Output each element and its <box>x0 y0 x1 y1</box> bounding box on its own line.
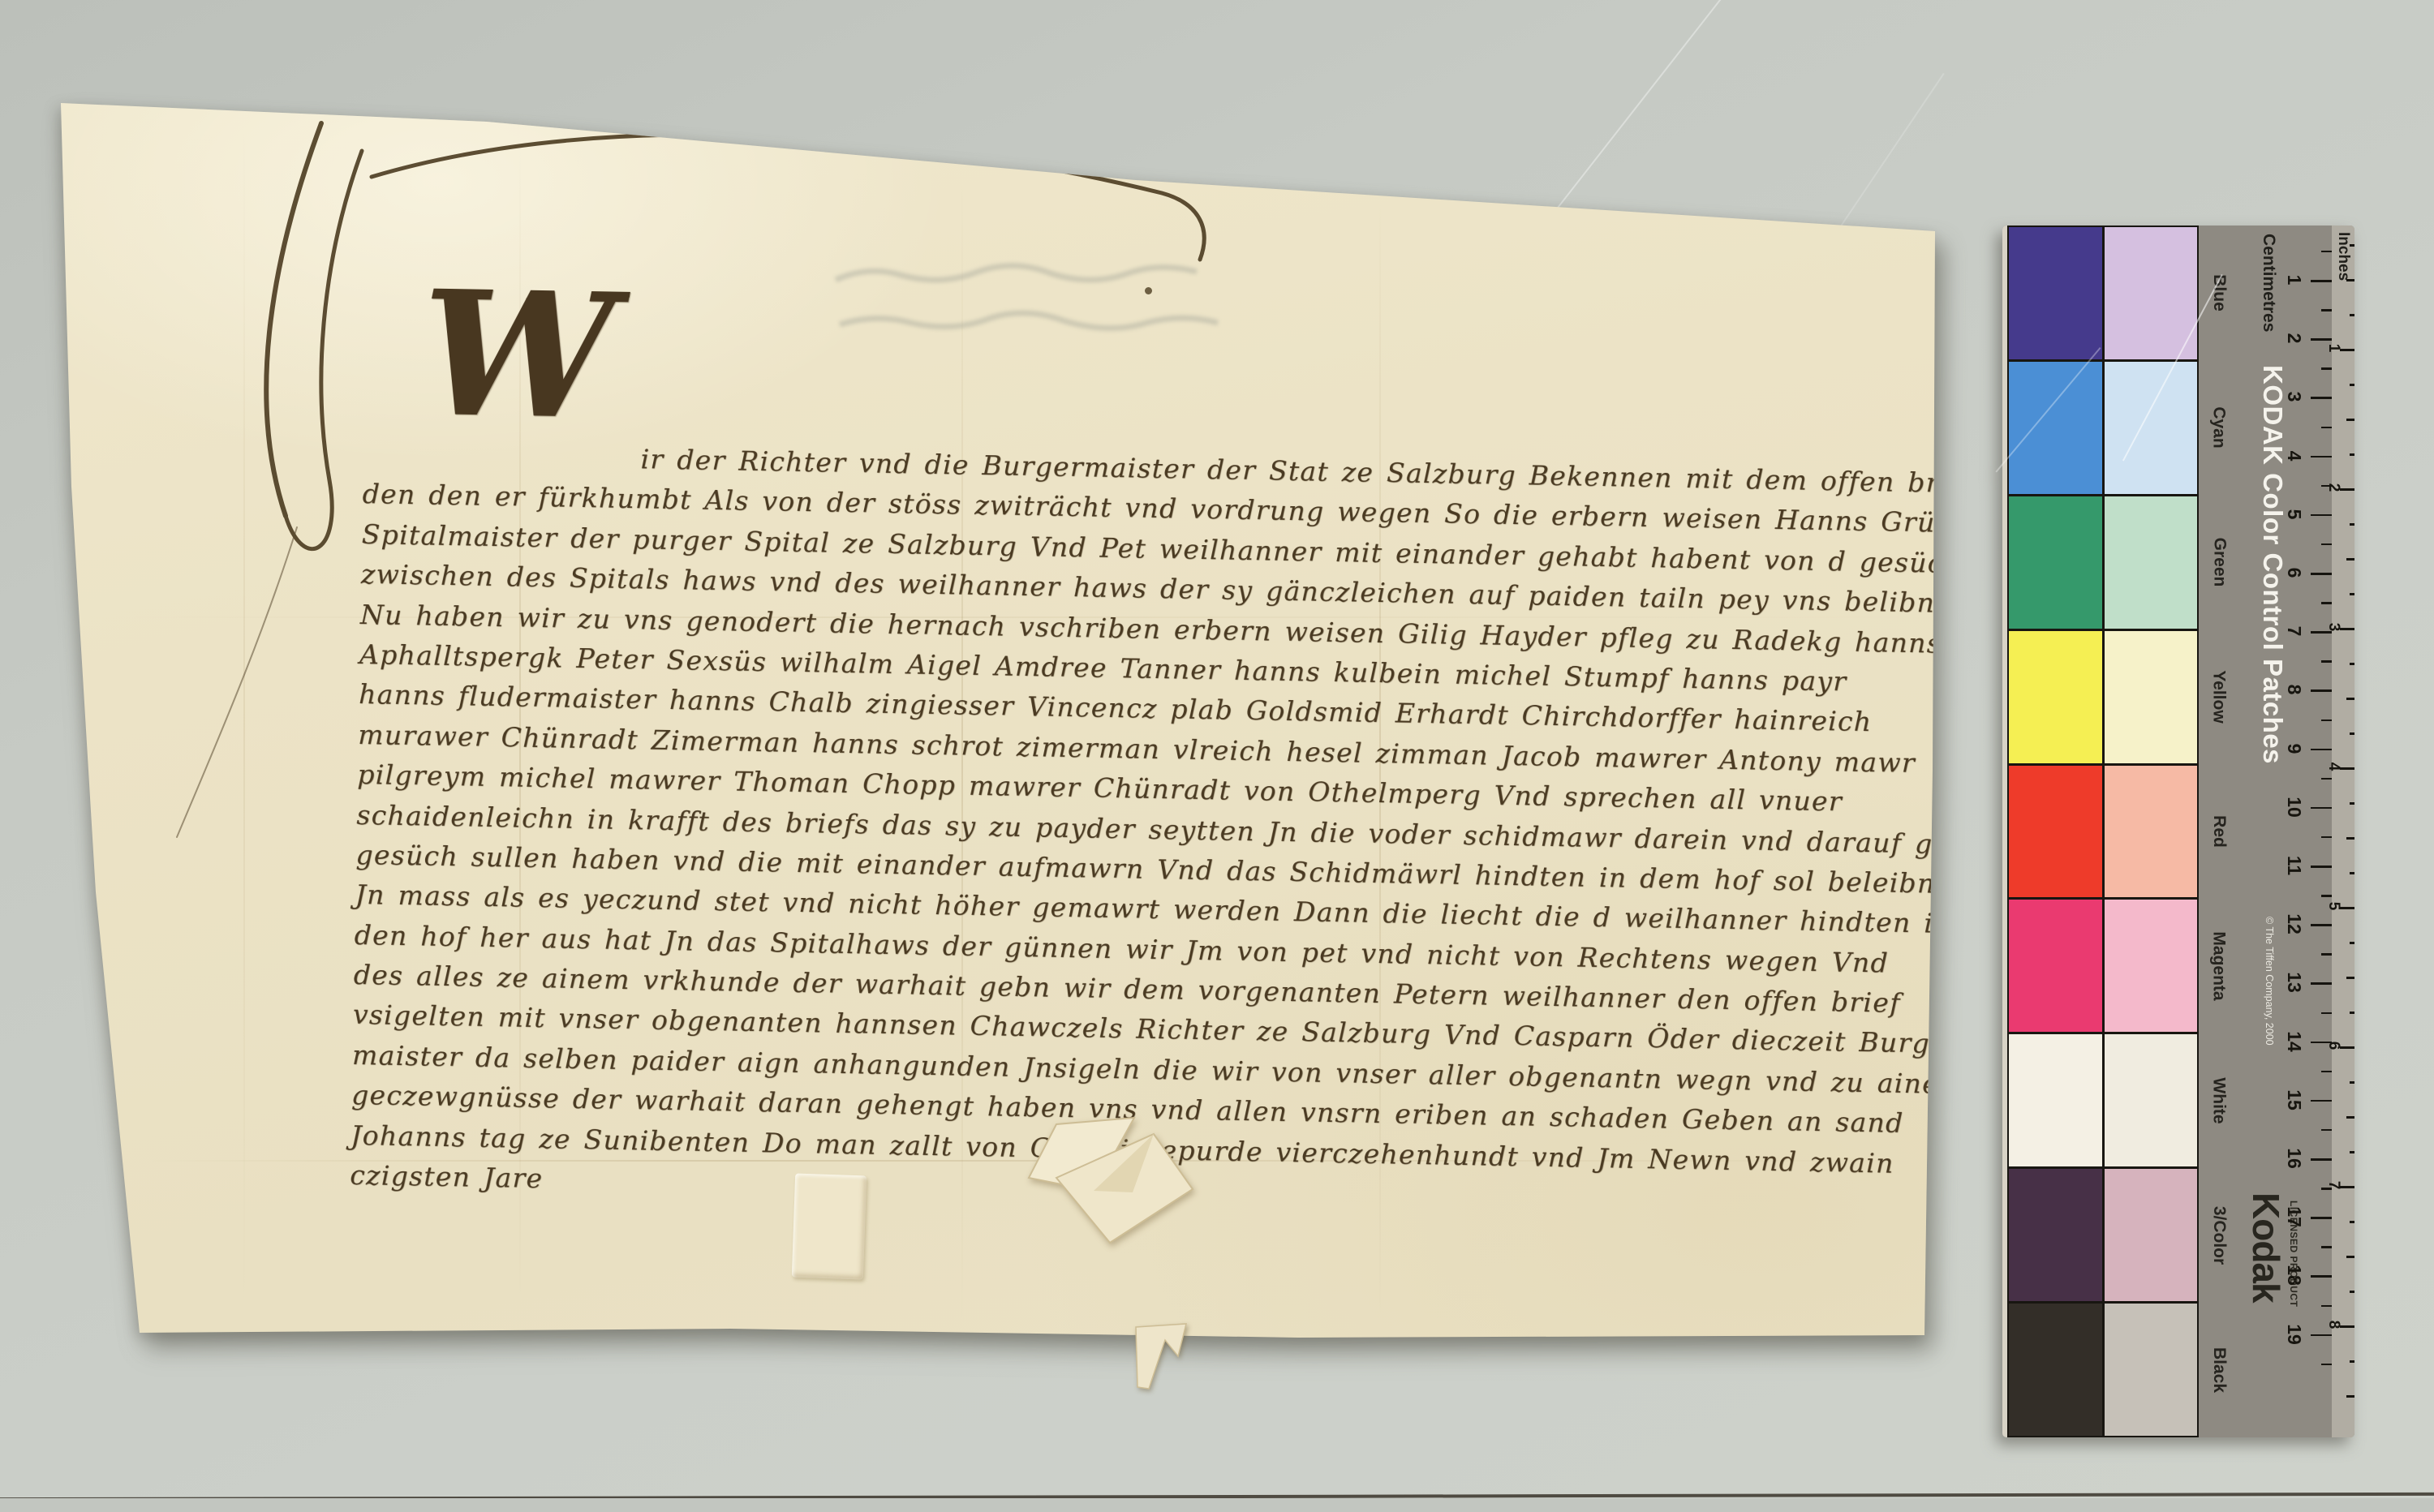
initial-letter: W <box>420 268 617 443</box>
manuscript-text-block: ir der Richter vnd die Burgermaister der… <box>350 438 1954 1228</box>
photo-of-charter: W ir der Richter vnd die Burgermaister d… <box>0 0 2434 1512</box>
seal-tab-embossed <box>792 1174 867 1280</box>
fold-crease-vertical <box>243 122 245 1314</box>
inch-ticks <box>2002 226 2354 1437</box>
ink-dot <box>1145 287 1152 294</box>
color-calibration-strip: Blue Cyan Green Yellow Red Magenta White… <box>2002 226 2354 1437</box>
